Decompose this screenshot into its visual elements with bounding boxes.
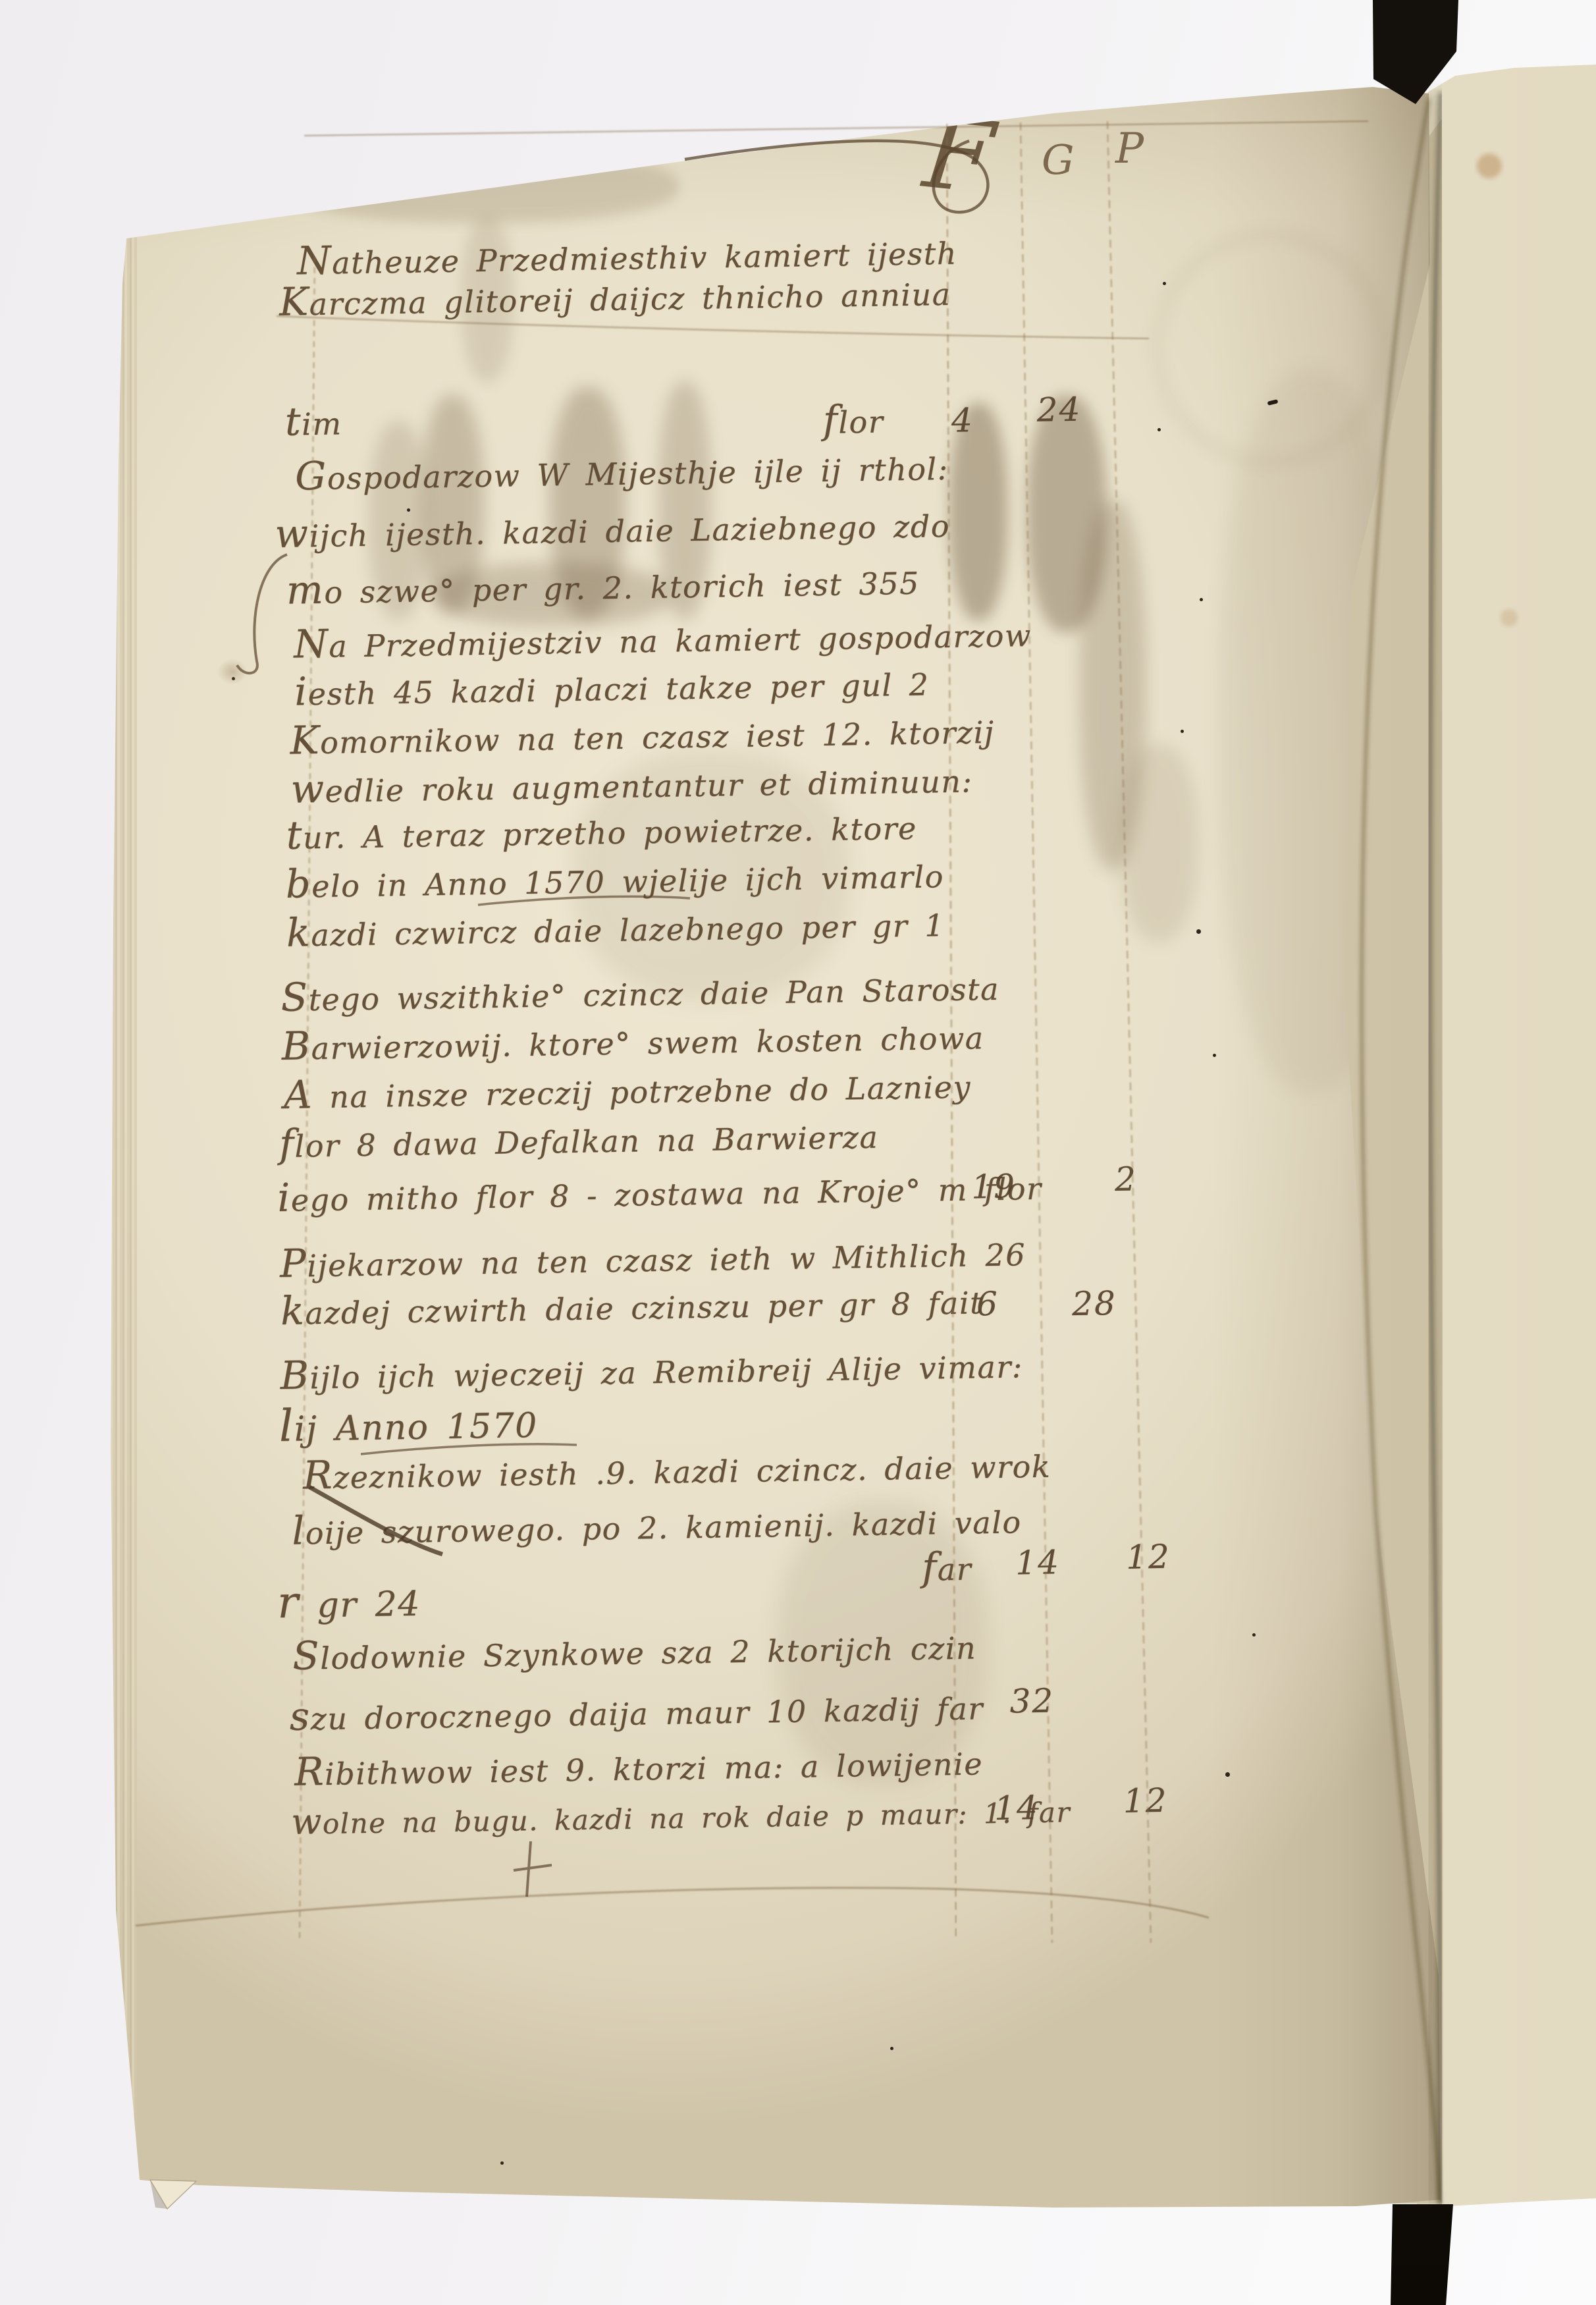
manuscript-line: loije szurowego. po 2. kamienij. kazdi v… — [292, 1500, 1022, 1550]
manuscript-line: mo szwe° per gr. 2. ktorich iest 355 — [286, 562, 920, 610]
manuscript-line: Barwierzowij. ktore° swem kosten chowa — [281, 1016, 984, 1066]
manuscript-line: lij Anno 1570 — [279, 1400, 538, 1448]
manuscript-line: Bijlo ijch wjeczeij za Remibreij Alije v… — [280, 1345, 1023, 1396]
amount-g: 28 — [1072, 1287, 1117, 1320]
amount-f: 6 — [976, 1288, 999, 1321]
manuscript-line: belo in Anno 1570 wjelije ijch vimarlo — [286, 855, 945, 904]
manuscript-line: kazdi czwircz daie lazebnego per gr 1 — [286, 904, 945, 953]
manuscript-line: A na insze rzeczij potrzebne do Lazniey — [284, 1065, 972, 1114]
manuscript-line: wolne na bugu. kazdi na rok daie p maur:… — [291, 1792, 1071, 1839]
manuscript-line: flor — [823, 400, 884, 439]
manuscript-line: Ribithwow iest 9. ktorzi ma: a lowijenie — [294, 1742, 984, 1791]
manuscript-line: Pijekarzow na ten czasz ieth w Mithlich … — [280, 1233, 1026, 1284]
manuscript-line: flor 8 dawa Defalkan na Barwierza — [279, 1116, 879, 1164]
paper-stain — [217, 659, 248, 685]
manuscript-line: tim — [284, 402, 342, 441]
amount-g: 2 — [1115, 1162, 1138, 1196]
manuscript-line: szu dorocznego daija maur 10 kazdij far — [289, 1687, 984, 1736]
manuscript-line: Gospodarzow W Mijesthje ijle ij rthol: — [295, 447, 949, 496]
manuscript-line: iego mitho flor 8 - zostawa na Kroje° m … — [277, 1167, 1042, 1218]
ink-specks — [407, 508, 410, 512]
amount-g: 12 — [1126, 1540, 1171, 1574]
amount-g: 24 — [1036, 393, 1081, 427]
dogear-shadow — [150, 2180, 167, 2209]
manuscript-line: wedlie roku augmentantur et diminuun: — [290, 759, 973, 809]
amount-f: 19 — [971, 1170, 1016, 1203]
amount-f: 14 — [994, 1791, 1039, 1825]
manuscript-line: Na Przedmijestziv na kamiert gospodarzow — [294, 614, 1032, 664]
manuscript-line: iesth 45 kazdi placzi takze per gul 2 — [294, 663, 930, 711]
manuscript-line: Slodownie Szynkowe sza 2 ktorijch czin — [292, 1626, 977, 1675]
manuscript-line: r gr 24 — [277, 1579, 421, 1625]
book-scan: CAPITAN F G P Natheuze Przedmiesthiv kam… — [0, 0, 1596, 2305]
manuscript-line: wijch ijesth. kazdi daie Laziebnego zdo — [275, 504, 950, 554]
manuscript-line: tur. A teraz przetho powietrze. ktore — [286, 807, 917, 855]
manuscript-line: Stego wszithkie° czincz daie Pan Starost… — [280, 967, 999, 1017]
amount-f: 14 — [1015, 1546, 1060, 1579]
amount-g: 12 — [1123, 1784, 1168, 1818]
manuscript-line: Komornikow na ten czasz iest 12. ktorzij — [290, 711, 995, 761]
amount-f: 32 — [1009, 1685, 1054, 1718]
manuscript-line: Rzeznikow iesth .9. kazdi czincz. daie w… — [303, 1445, 1051, 1496]
manuscript-line: far — [922, 1548, 972, 1587]
manuscript-line: kazdej czwirth daie czinszu per gr 8 fai… — [280, 1281, 984, 1331]
amount-f: 4 — [951, 404, 974, 437]
